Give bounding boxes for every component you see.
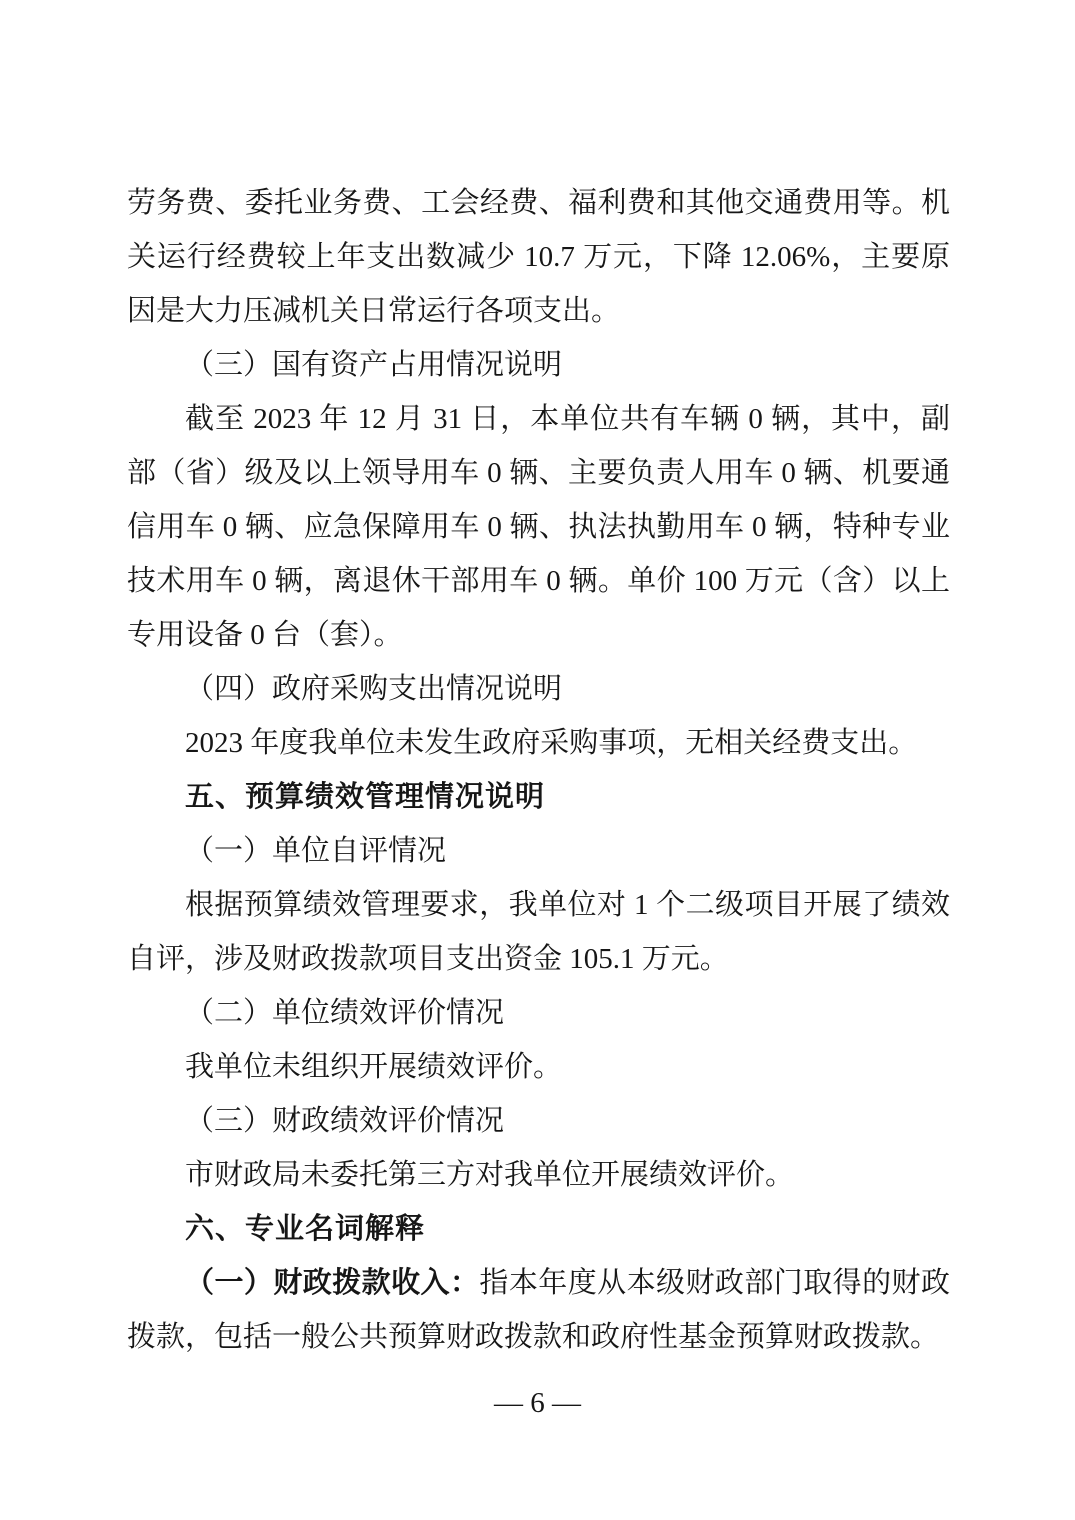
heading-state-assets-usage: （三）国有资产占用情况说明 bbox=[127, 338, 950, 392]
document-body: 劳务费、委托业务费、工会经费、福利费和其他交通费用等。机关运行经费较上年支出数减… bbox=[127, 176, 950, 1364]
para-unit-performance-evaluation-detail: 我单位未组织开展绩效评价。 bbox=[127, 1040, 950, 1094]
heading-unit-performance-evaluation: （二）单位绩效评价情况 bbox=[127, 986, 950, 1040]
document-page: 劳务费、委托业务费、工会经费、福利费和其他交通费用等。机关运行经费较上年支出数减… bbox=[0, 0, 1075, 1520]
para-operating-expense-continuation: 劳务费、委托业务费、工会经费、福利费和其他交通费用等。机关运行经费较上年支出数减… bbox=[127, 176, 950, 338]
page-footer: — 6 — bbox=[0, 1383, 1075, 1423]
heading-budget-performance-management: 五、预算绩效管理情况说明 bbox=[127, 770, 950, 824]
page-number: — 6 — bbox=[494, 1387, 581, 1419]
heading-government-procurement: （四）政府采购支出情况说明 bbox=[127, 662, 950, 716]
term-fiscal-appropriation-income: （一）财政拨款收入：指本年度从本级财政部门取得的财政拨款，包括一般公共预算财政拨… bbox=[127, 1256, 950, 1364]
heading-unit-self-evaluation: （一）单位自评情况 bbox=[127, 824, 950, 878]
para-state-assets-detail: 截至 2023 年 12 月 31 日，本单位共有车辆 0 辆，其中，副部（省）… bbox=[127, 392, 950, 662]
para-unit-self-evaluation-detail: 根据预算绩效管理要求，我单位对 1 个二级项目开展了绩效自评，涉及财政拨款项目支… bbox=[127, 878, 950, 986]
term-fiscal-appropriation-income-lead: （一）财政拨款收入： bbox=[185, 1267, 479, 1299]
heading-terminology: 六、专业名词解释 bbox=[127, 1202, 950, 1256]
para-government-procurement-detail: 2023 年度我单位未发生政府采购事项，无相关经费支出。 bbox=[127, 716, 950, 770]
para-fiscal-performance-evaluation-detail: 市财政局未委托第三方对我单位开展绩效评价。 bbox=[127, 1148, 950, 1202]
heading-fiscal-performance-evaluation: （三）财政绩效评价情况 bbox=[127, 1094, 950, 1148]
